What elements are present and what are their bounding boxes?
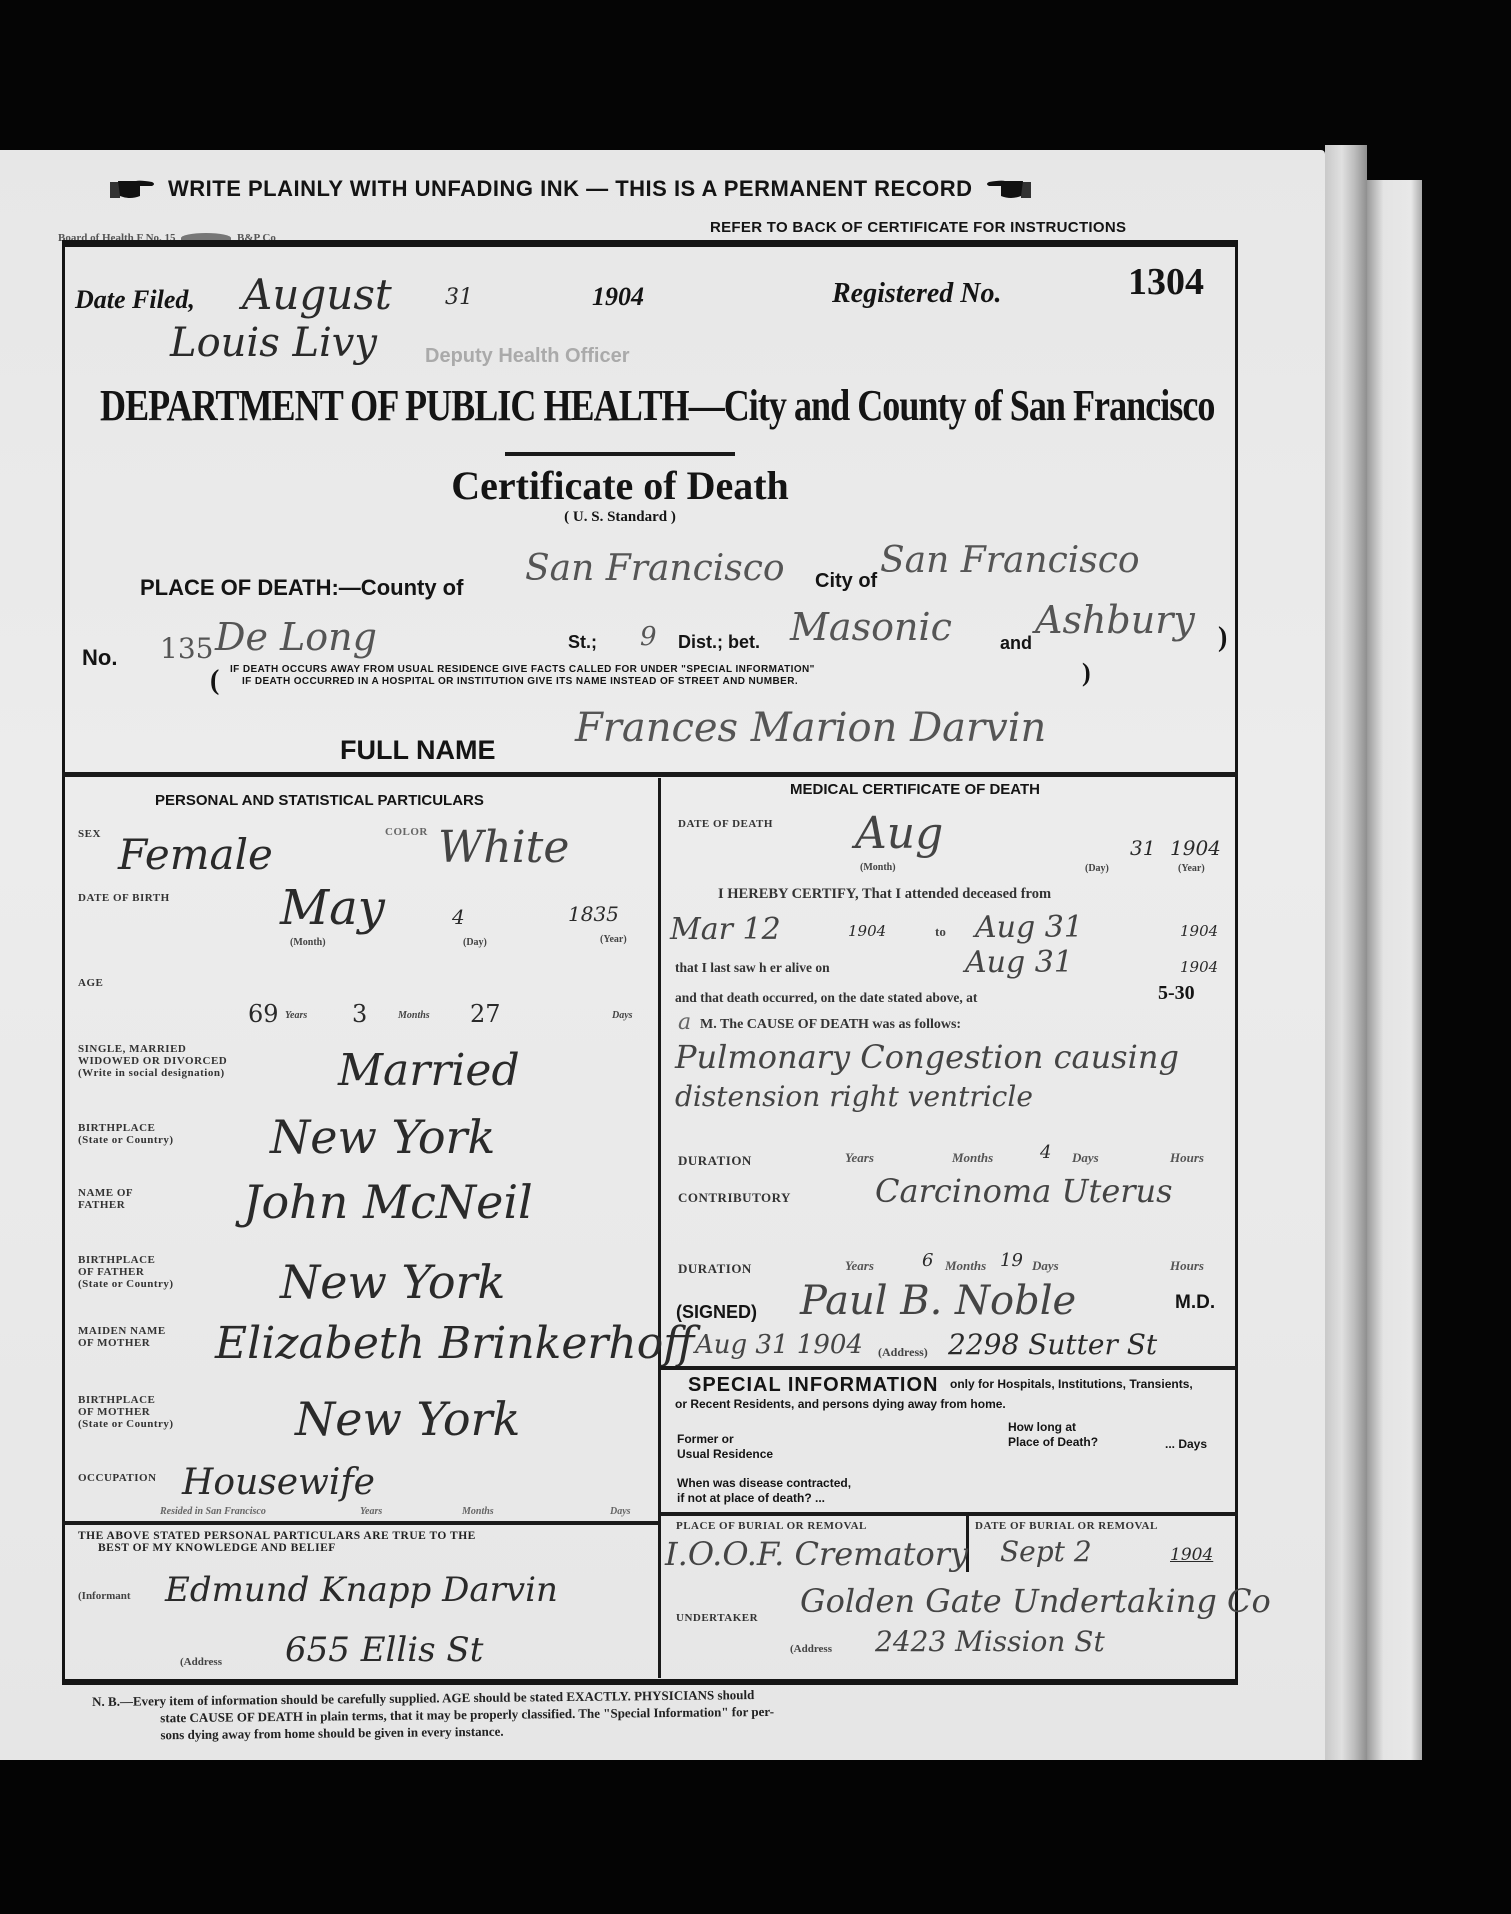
duration1-days-caption: Days	[1072, 1150, 1099, 1166]
dod-year-caption: (Year)	[1178, 863, 1205, 874]
age-months: 3	[352, 1000, 367, 1028]
how-long-label: How long at Place of Death?	[1008, 1420, 1098, 1450]
attended-to: Aug 31	[975, 910, 1083, 945]
resided-label: Resided in San Francisco	[160, 1506, 266, 1517]
duration2-months: 19	[1000, 1250, 1023, 1271]
duration2-hours-caption: Hours	[1170, 1258, 1204, 1274]
paren-open: (	[210, 665, 219, 697]
dob-month-caption: (Month)	[290, 937, 326, 948]
signed-date: Aug 31 1904	[695, 1330, 863, 1360]
dob-year: 1835	[568, 902, 619, 926]
between-street-1: Masonic	[790, 605, 952, 649]
duration2-months-caption: Months	[945, 1258, 986, 1274]
contracted-label: When was disease contracted, if not at p…	[677, 1476, 851, 1506]
sex-label: SEX	[78, 828, 101, 840]
place-note: IF DEATH OCCURS AWAY FROM USUAL RESIDENC…	[230, 664, 815, 688]
cause-intro: M. The CAUSE OF DEATH was as follows:	[700, 1017, 961, 1033]
informant-address-value: 655 Ellis St	[285, 1630, 483, 1670]
birthplace-label: BIRTHPLACE (State or Country)	[78, 1122, 174, 1146]
occurred-text: and that death occurred, on the date sta…	[675, 990, 977, 1006]
dob-month: May	[280, 880, 385, 936]
contributory-label: CONTRIBUTORY	[678, 1192, 791, 1204]
street-label: St.;	[568, 632, 597, 653]
personal-heading: PERSONAL AND STATISTICAL PARTICULARS	[155, 792, 484, 809]
dod-month-caption: (Month)	[860, 862, 896, 873]
mother-name-value: Elizabeth Brinkerhoff	[215, 1318, 694, 1369]
county-value: San Francisco	[525, 548, 785, 589]
duration1-months: 4	[1040, 1142, 1051, 1163]
scan-background-bottom	[0, 1760, 1511, 1914]
signed-label: (SIGNED)	[676, 1302, 757, 1323]
street-number-label: No.	[82, 645, 117, 671]
age-label: AGE	[78, 977, 103, 989]
undertaker-value: Golden Gate Undertaking Co	[800, 1582, 1271, 1620]
pointing-hand-left-icon	[983, 178, 1031, 200]
duration1-hours-caption: Hours	[1170, 1150, 1204, 1166]
street-name: De Long	[215, 615, 377, 659]
full-name-value: Frances Marion Darvin	[575, 705, 1046, 751]
dod-month: Aug	[855, 808, 943, 859]
color-value: White	[438, 822, 569, 873]
marital-label: SINGLE, MARRIED WIDOWED OR DIVORCED (Wri…	[78, 1043, 227, 1079]
sex-value: Female	[118, 830, 273, 879]
occupation-value: Housewife	[182, 1462, 375, 1503]
attestation-text: THE ABOVE STATED PERSONAL PARTICULARS AR…	[78, 1530, 476, 1554]
pointing-hand-right-icon	[110, 178, 158, 200]
duration2-years: 6	[922, 1250, 933, 1271]
city-label: City of	[815, 570, 877, 593]
age-months-caption: Months	[398, 1010, 430, 1021]
officer-signature: Louis Livy	[170, 320, 377, 366]
father-birthplace-label: BIRTHPLACE OF FATHER (State or Country)	[78, 1254, 174, 1290]
column-divider	[658, 778, 661, 1678]
dob-day-caption: (Day)	[463, 937, 487, 948]
duration-label-2: DURATION	[678, 1263, 752, 1275]
district-value: 9	[640, 622, 657, 652]
burial-place-label: PLACE OF BURIAL OR REMOVAL	[676, 1520, 867, 1532]
father-name-value: John McNeil	[243, 1175, 533, 1229]
resided-years-caption: Years	[360, 1506, 382, 1517]
special-rule	[660, 1366, 1238, 1370]
age-years: 69	[248, 1000, 279, 1028]
header-banner: WRITE PLAINLY WITH UNFADING INK — THIS I…	[110, 174, 1220, 204]
duration1-months-caption: Months	[952, 1150, 993, 1166]
dod-day: 31	[1130, 836, 1155, 860]
resided-days-caption: Days	[610, 1506, 631, 1517]
duration2-years-caption: Years	[845, 1258, 874, 1274]
dod-day-caption: (Day)	[1085, 863, 1109, 874]
street-number: 135	[160, 632, 213, 665]
paren-close: )	[1218, 622, 1227, 654]
banner-text: WRITE PLAINLY WITH UNFADING INK — THIS I…	[168, 176, 973, 202]
informant-label: (Informant	[78, 1590, 131, 1602]
dob-label: DATE OF BIRTH	[78, 892, 170, 904]
attended-from: Mar 12	[670, 912, 781, 947]
date-filed-day: 31	[445, 285, 473, 310]
page-binding-edge	[1325, 145, 1367, 1805]
nb-label: N. B.—	[92, 1694, 133, 1709]
last-saw-date: Aug 31	[965, 945, 1073, 980]
physician-signature: Paul B. Noble	[800, 1278, 1076, 1324]
full-name-label: FULL NAME	[340, 735, 496, 766]
special-note-2: or Recent Residents, and persons dying a…	[675, 1397, 1006, 1411]
physician-address-label: (Address)	[878, 1345, 928, 1360]
dob-day: 4	[452, 905, 465, 929]
undertaker-address-label: (Address	[790, 1643, 832, 1655]
special-note-1: only for Hospitals, Institutions, Transi…	[950, 1377, 1193, 1391]
mother-name-label: MAIDEN NAME OF MOTHER	[78, 1325, 166, 1349]
mother-birthplace-label: BIRTHPLACE OF MOTHER (State or Country)	[78, 1394, 174, 1430]
officer-title: Deputy Health Officer	[425, 345, 629, 368]
section-rule	[62, 772, 1238, 777]
registered-label: Registered No.	[832, 278, 1002, 310]
mother-birthplace-value: New York	[295, 1392, 520, 1446]
resided-months-caption: Months	[462, 1506, 494, 1517]
duration-label-1: DURATION	[678, 1155, 752, 1167]
age-years-caption: Years	[285, 1010, 307, 1021]
certificate-title: Certificate of Death	[0, 462, 1300, 509]
city-value: San Francisco	[880, 540, 1140, 581]
footer-note: N. B.—Every item of information should b…	[92, 1686, 774, 1744]
physician-address-value: 2298 Sutter St	[948, 1328, 1157, 1361]
us-standard-label: ( U. S. Standard )	[0, 509, 1300, 526]
registered-number: 1304	[1128, 260, 1204, 304]
dob-year-caption: (Year)	[600, 934, 627, 945]
age-days: 27	[470, 1000, 501, 1028]
former-residence-label: Former or Usual Residence	[677, 1432, 773, 1462]
death-time: 5-30	[1158, 982, 1195, 1005]
special-heading: SPECIAL INFORMATION	[688, 1374, 938, 1397]
burial-date-label: DATE of BURIAL or REMOVAL	[975, 1520, 1158, 1532]
undertaker-label: UNDERTAKER	[676, 1612, 758, 1624]
marital-value: Married	[338, 1045, 520, 1096]
district-label: Dist.; bet.	[678, 632, 760, 653]
department-title: DEPARTMENT OF PUBLIC HEALTH—City and Cou…	[100, 380, 1018, 431]
age-days-caption: Days	[612, 1010, 633, 1021]
burial-rule	[660, 1512, 1238, 1516]
dod-year: 1904	[1170, 836, 1221, 860]
burial-year-value: 1904	[1170, 1545, 1213, 1565]
page-binding-edge-back	[1367, 180, 1422, 1790]
dod-label: DATE OF DEATH	[678, 818, 773, 830]
attest-rule	[62, 1521, 659, 1525]
to-label: to	[935, 924, 946, 940]
contributory-value: Carcinoma Uterus	[875, 1172, 1173, 1210]
color-label: COLOR	[385, 826, 428, 838]
medical-heading: MEDICAL CERTIFICATE OF DEATH	[790, 781, 1040, 798]
burial-place-value: I.O.O.F. Crematory	[665, 1535, 968, 1573]
between-street-2: Ashbury	[1035, 598, 1195, 642]
md-label: M.D.	[1175, 1292, 1215, 1314]
certificate-title-block: Certificate of Death ( U. S. Standard )	[0, 462, 1300, 526]
date-filed-label: Date Filed,	[75, 285, 195, 315]
date-filed-month: August	[242, 270, 392, 319]
ampm-value: a	[678, 1010, 691, 1035]
last-saw-text: that I last saw h er alive on	[675, 960, 830, 976]
birthplace-value: New York	[270, 1110, 495, 1164]
undertaker-address-value: 2423 Mission St	[875, 1625, 1105, 1658]
certify-text: I HEREBY CERTIFY, That I attended deceas…	[688, 886, 1051, 903]
and-label: and	[1000, 633, 1032, 654]
cause-line-1: Pulmonary Congestion causing	[675, 1038, 1179, 1076]
paren-close-note: )	[1082, 658, 1091, 688]
father-birthplace-value: New York	[280, 1255, 505, 1309]
place-of-death-label: PLACE OF DEATH:—County of	[140, 575, 463, 601]
attended-to-year: 1904	[1180, 922, 1218, 940]
informant-value: Edmund Knapp Darvin	[165, 1570, 558, 1610]
duration1-years-caption: Years	[845, 1150, 874, 1166]
duration2-days-caption: Days	[1032, 1258, 1059, 1274]
refer-instructions: REFER TO BACK OF CERTIFICATE FOR INSTRUC…	[710, 219, 1126, 236]
last-saw-year: 1904	[1180, 958, 1218, 976]
how-long-days: ... Days	[1165, 1437, 1207, 1451]
date-filed-year: 1904	[592, 282, 644, 312]
title-divider	[505, 452, 735, 456]
informant-address-label: (Address	[180, 1656, 222, 1668]
father-name-label: NAME OF FATHER	[78, 1187, 133, 1211]
attended-from-year: 1904	[848, 922, 886, 940]
occupation-label: OCCUPATION	[78, 1472, 157, 1484]
burial-date-value: Sept 2	[1000, 1535, 1092, 1568]
cause-line-2: distension right ventricle	[675, 1080, 1033, 1113]
